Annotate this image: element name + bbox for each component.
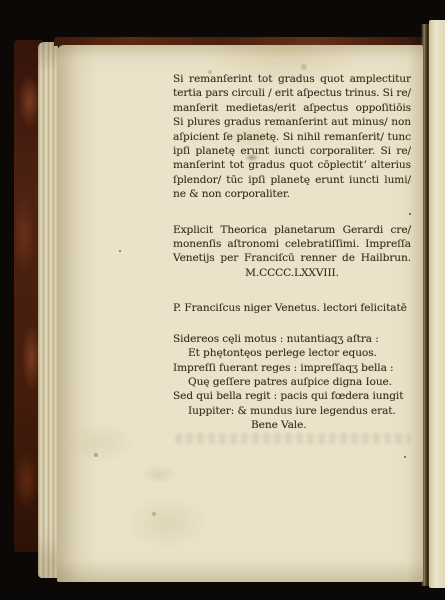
text-block: Si remanſerint tot gradus quot amplectit… bbox=[173, 72, 411, 433]
text-line: ſplendor/ tūc ipſi planetę erunt iuncti … bbox=[173, 173, 411, 187]
photo-background: Si remanſerint tot gradus quot amplectit… bbox=[0, 0, 445, 600]
verse: Sidereos cęli motus : nutantiaqʒ aſtra :… bbox=[173, 332, 411, 418]
text-line: Explicit Theorica planetarum Gerardi cre… bbox=[173, 223, 411, 237]
ink-specks bbox=[57, 45, 59, 47]
text-line: manſerit medietas/erit aſpectus oppoſiti… bbox=[173, 101, 411, 115]
colophon-date: M.CCCC.LXXVIII. bbox=[173, 266, 411, 280]
text-line: Sidereos cęli motus : nutantiaqʒ aſtra : bbox=[173, 332, 411, 346]
text-line: Si remanſerint tot gradus quot amplectit… bbox=[173, 72, 411, 86]
text-line: manſerint tot gradus quot cōplectitʼ alt… bbox=[173, 158, 411, 172]
text-line: Sed qui bella regit : pacis qui fœdera i… bbox=[173, 389, 411, 403]
colophon: Explicit Theorica planetarum Gerardi cre… bbox=[173, 223, 411, 266]
text-line: Quę geſſere patres auſpice digna Ioue. bbox=[173, 375, 411, 389]
text-line: tertia pars circuli / erit aſpectus trin… bbox=[173, 86, 411, 100]
text-line: Iuppiter: & mundus iure legendus erat. bbox=[173, 404, 411, 418]
address-line: P. Franciſcus niger Venetus. lectori fel… bbox=[173, 301, 411, 315]
text-line: Impreſſi fuerant reges : impreſſaqʒ bell… bbox=[173, 361, 411, 375]
show-through-text bbox=[175, 433, 411, 444]
text-line: ne & non corporaliter. bbox=[173, 187, 411, 201]
closing-line: Bene Vale. bbox=[173, 418, 411, 432]
page-stack-edges bbox=[38, 42, 58, 578]
paragraph-planetary-aspects: Si remanſerint tot gradus quot amplectit… bbox=[173, 72, 411, 202]
next-page-edge bbox=[429, 20, 445, 588]
text-line: Venetijs per Franciſcū renner de Hailbru… bbox=[173, 251, 411, 265]
text-line: aſpicient ſe planetę. Si nihil remanſeri… bbox=[173, 130, 411, 144]
text-line: ipſi planetę erunt iuncti corporaliter. … bbox=[173, 144, 411, 158]
text-line: monenſis aſtronomi celebratiſſimi. Impre… bbox=[173, 237, 411, 251]
book-page: Si remanſerint tot gradus quot amplectit… bbox=[57, 45, 423, 582]
text-line: Si plures gradus remanſerint aut minus/ … bbox=[173, 115, 411, 129]
text-line: Et phętontęos perlege lector equos. bbox=[173, 346, 411, 360]
